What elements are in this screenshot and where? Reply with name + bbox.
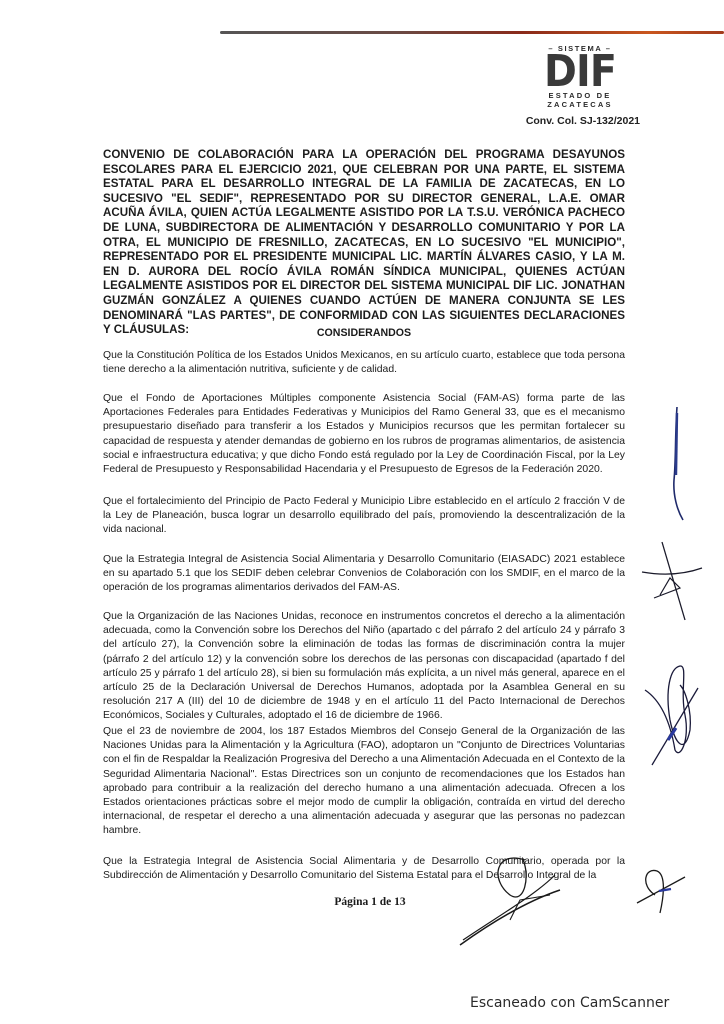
section-title: CONSIDERANDOS <box>103 327 625 339</box>
header-rule <box>220 31 724 34</box>
paragraph-1: Que la Constitución Política de los Esta… <box>103 349 625 377</box>
margin-signature-1 <box>665 405 695 525</box>
margin-signature-3 <box>640 660 710 770</box>
logo-wordmark: DIF <box>530 53 631 91</box>
paragraph-3: Que el fortalecimiento del Principio de … <box>103 495 625 538</box>
logo-subtitle-line2: ZACATECAS <box>524 100 636 109</box>
document-heading: CONVENIO DE COLABORACIÓN PARA LA OPERACI… <box>103 148 625 338</box>
paragraph-2: Que el Fondo de Aportaciones Múltiples c… <box>103 392 625 477</box>
paragraph-6: Que el 23 de noviembre de 2004, los 187 … <box>103 725 625 839</box>
dif-logo: – SISTEMA – DIF ESTADO DE ZACATECAS <box>524 44 636 109</box>
page-indicator: Página 1 de 13 <box>300 896 440 908</box>
document-reference: Conv. Col. SJ-132/2021 <box>500 115 640 127</box>
paragraph-5: Que la Organización de las Naciones Unid… <box>103 610 625 724</box>
signature-bottom-center <box>455 850 575 950</box>
signature-bottom-right <box>635 865 695 915</box>
camscanner-watermark: Escaneado con CamScanner <box>470 995 690 1011</box>
paragraph-4: Que la Estrategia Integral de Asistencia… <box>103 553 625 596</box>
margin-signature-2 <box>640 540 710 630</box>
